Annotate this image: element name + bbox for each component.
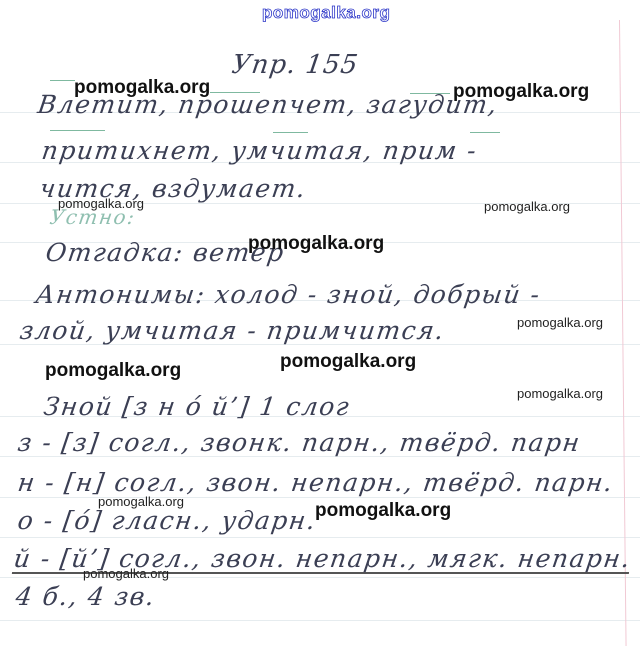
notebook-page: pomogalka.org Упр. 155 Влетит, прошепчет… [0,0,640,646]
watermark[interactable]: pomogalka.org [517,387,603,400]
watermark[interactable]: pomogalka.org [83,567,169,580]
handwritten-line: о - [о́] гласн., ударн. [16,508,318,533]
green-mark [50,80,75,81]
handwritten-line: злой, умчитая - примчится. [18,318,446,343]
watermark[interactable]: pomogalka.org [453,82,589,101]
watermark[interactable]: pomogalka.org [74,78,210,97]
handwritten-line: н - [н] согл., звон. непарн., твёрд. пар… [16,470,615,495]
watermark[interactable]: pomogalka.org [484,200,570,213]
ruled-line [0,620,640,621]
green-mark [50,130,105,131]
green-mark [273,132,308,133]
top-watermark[interactable]: pomogalka.org [262,3,390,23]
exercise-title: Упр. 155 [230,52,360,78]
green-mark [470,132,500,133]
ruled-line [0,497,640,498]
ruled-line [0,537,640,538]
watermark[interactable]: pomogalka.org [98,495,184,508]
watermark[interactable]: pomogalka.org [58,197,144,210]
handwritten-line: Зной [з н о́ й’] 1 слог [42,394,352,419]
watermark[interactable]: pomogalka.org [315,501,451,520]
handwritten-line: притихнет, умчитая, прим - [40,138,479,163]
watermark[interactable]: pomogalka.org [517,316,603,329]
handwritten-line: Антонимы: холод - зной, добрый - [34,282,542,307]
handwritten-line: 4 б., 4 зв. [14,584,157,609]
watermark[interactable]: pomogalka.org [45,361,181,380]
watermark[interactable]: pomogalka.org [280,352,416,371]
handwritten-line: з - [з] согл., звонк. парн., твёрд. парн [16,430,582,455]
watermark[interactable]: pomogalka.org [248,234,384,253]
